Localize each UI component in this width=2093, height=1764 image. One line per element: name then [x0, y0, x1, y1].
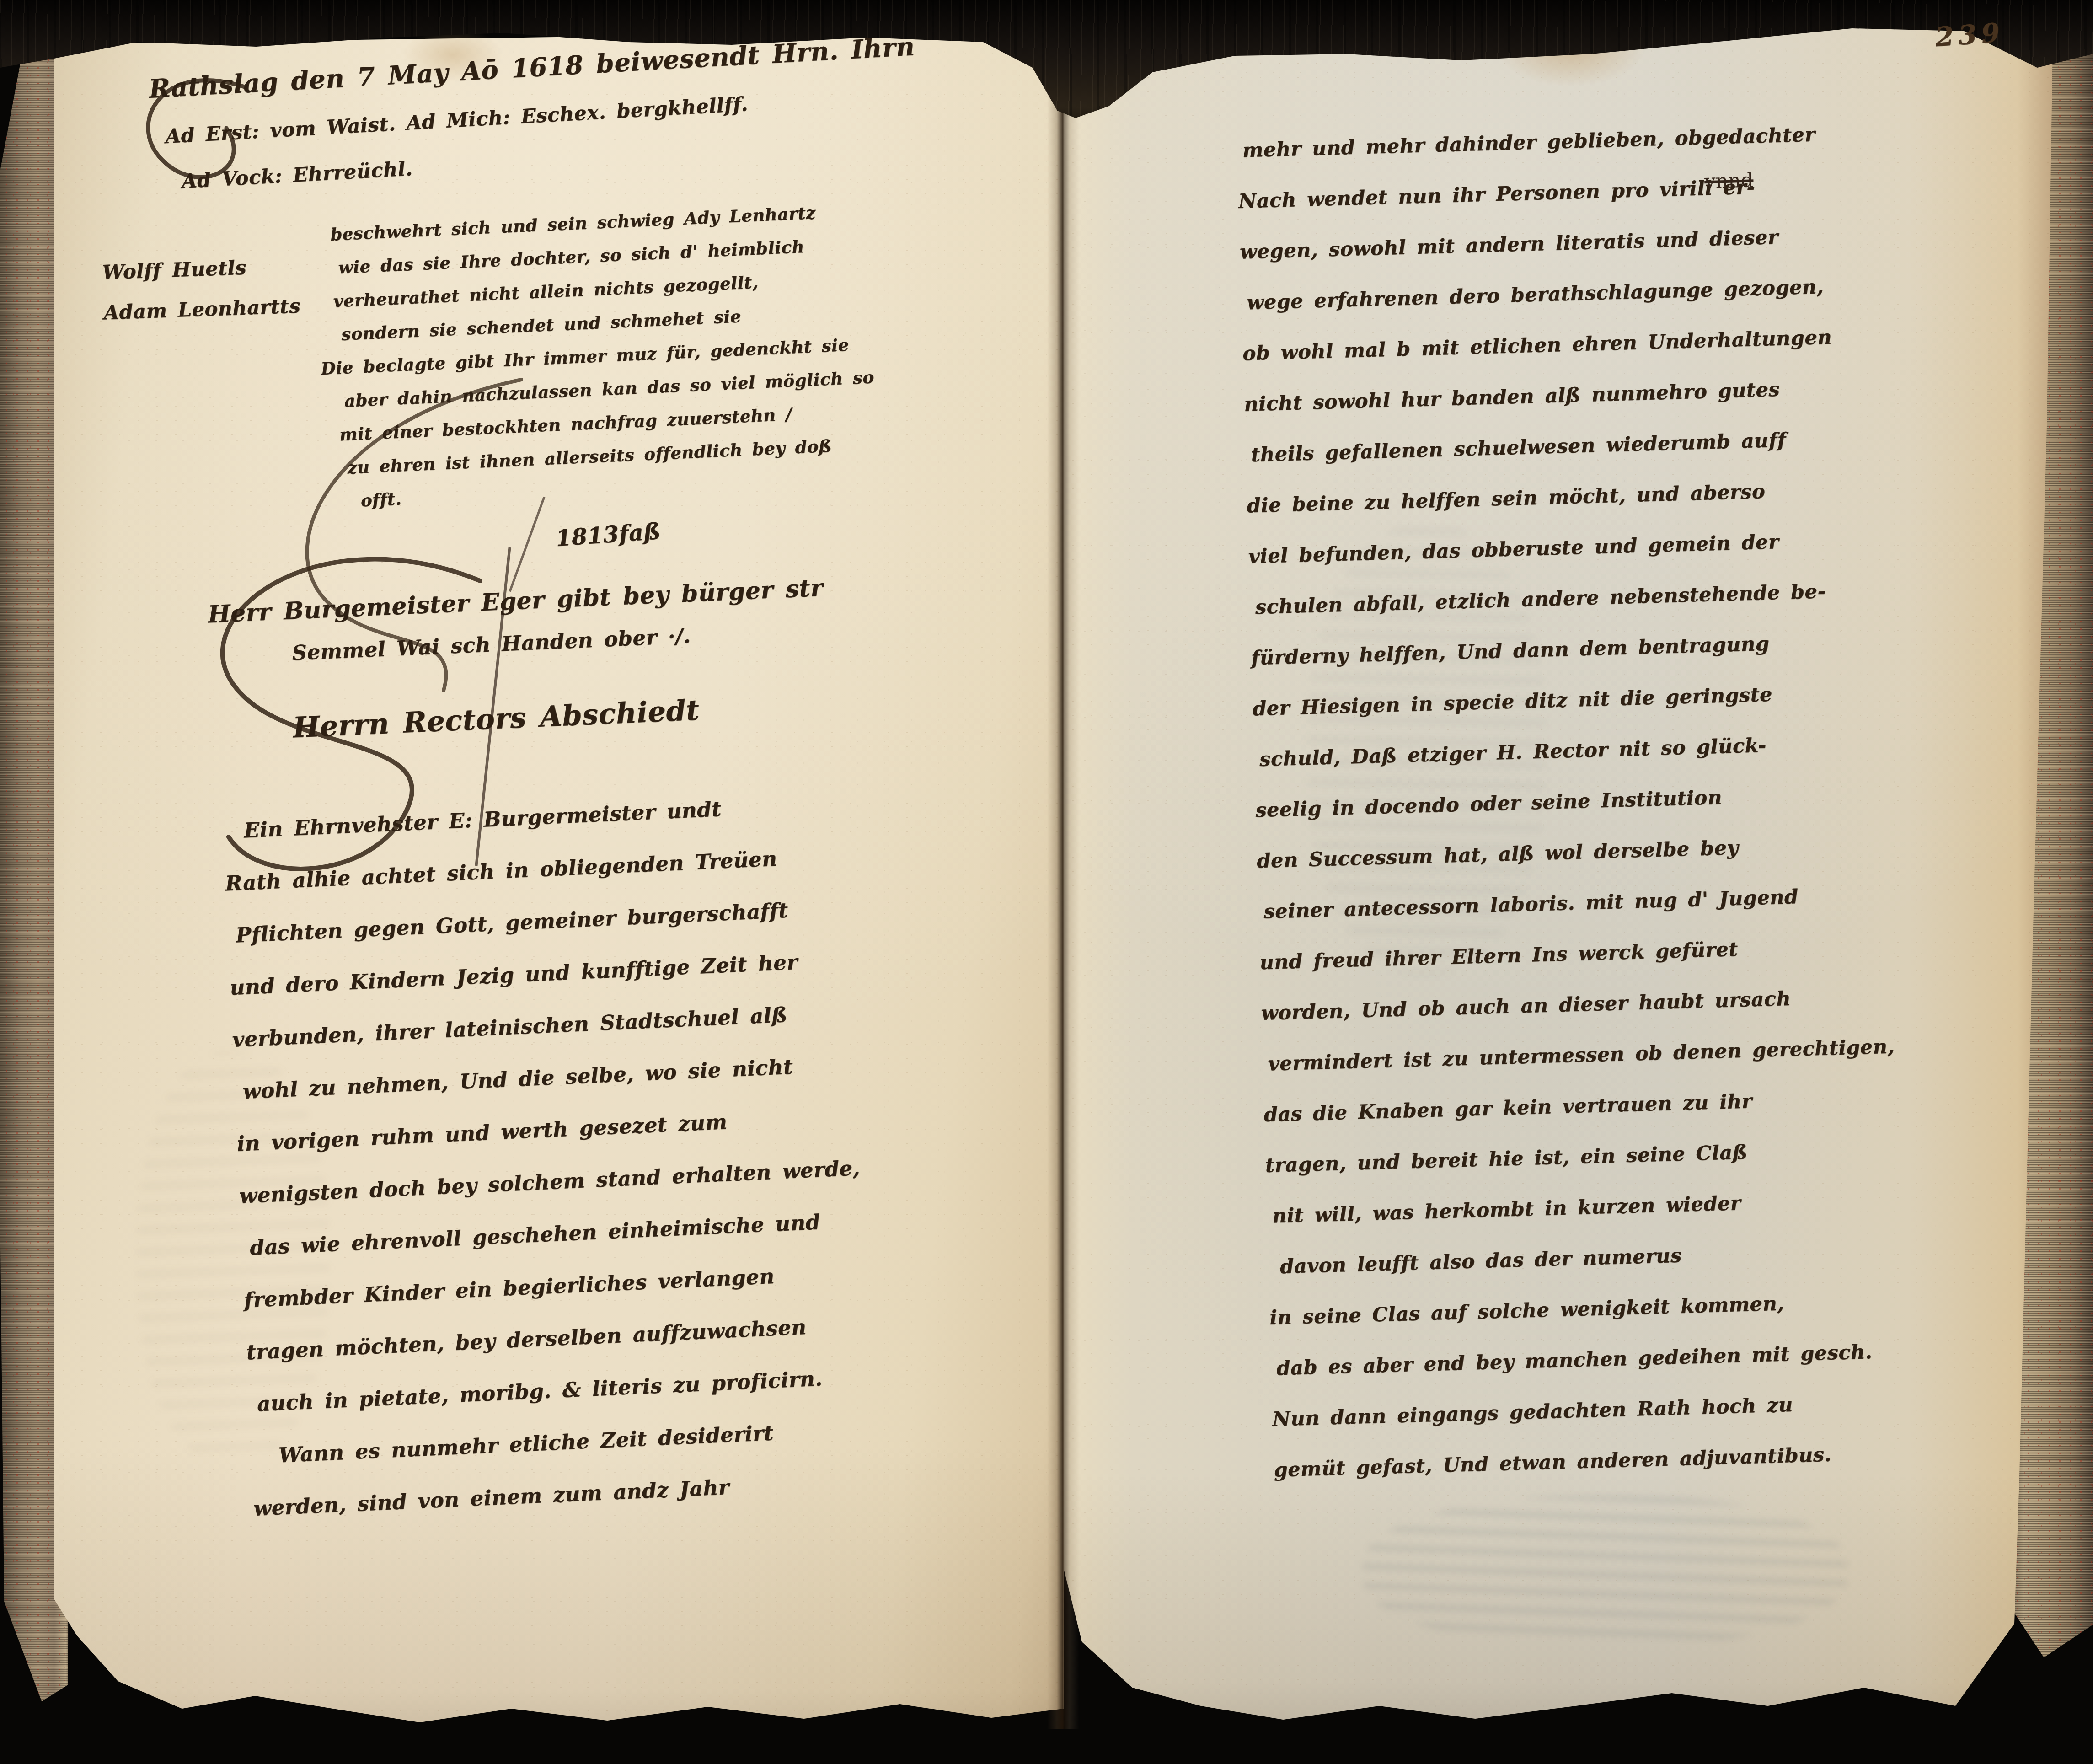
- gutter-shadow: [1047, 18, 1079, 1729]
- complaint-paragraph: beschwehrt sich und sein schwieg Ady Len…: [330, 194, 879, 519]
- right-page-body-paragraph: mehr und mehr dahinder geblieben, obgeda…: [1236, 108, 1906, 1496]
- struck-through-word: vnnd: [1704, 169, 1754, 193]
- manuscript-book-photo: Rathslag den 7 May Aō 1618 beiwesendt Hr…: [0, 0, 2093, 1764]
- party-name: Wolff Huetls: [102, 246, 300, 293]
- margin-party-names: Wolff Huetls Adam Leonhartts: [102, 246, 301, 333]
- party-name: Adam Leonhartts: [103, 286, 301, 333]
- page-number: 239: [1934, 17, 2005, 53]
- left-page-body-paragraph: Ein Ehrnvehster E: Burgermeister undt Ra…: [221, 777, 875, 1535]
